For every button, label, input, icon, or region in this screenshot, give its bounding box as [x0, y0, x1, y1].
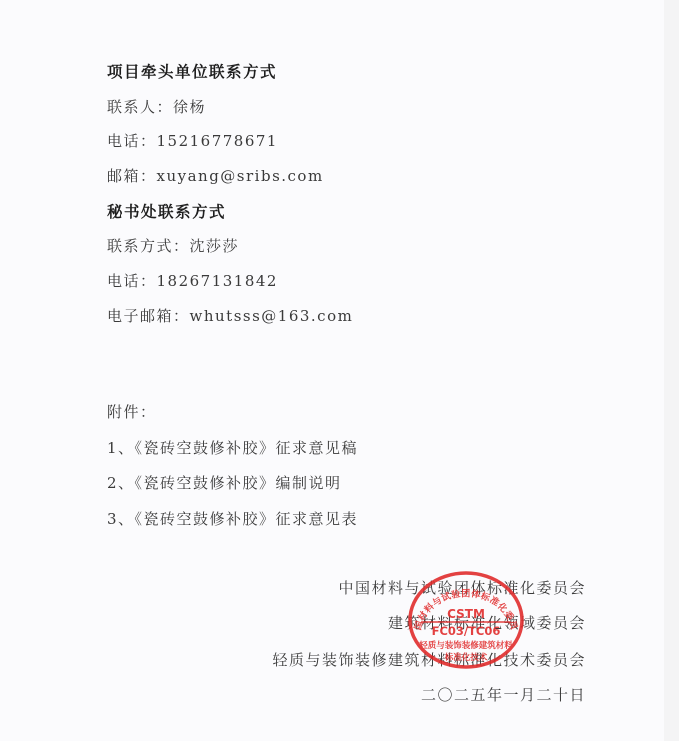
- attachment-item-3: 3、《瓷砖空鼓修补胶》征求意见表: [107, 508, 358, 529]
- attachment-item-2: 2、《瓷砖空鼓修补胶》编制说明: [107, 472, 342, 493]
- lead-unit-phone: 电话：15216778671: [107, 130, 278, 151]
- signature-date: 二〇二五年一月二十日: [421, 684, 586, 705]
- secretariat-email: 电子邮箱：whutsss@163.com: [107, 305, 353, 326]
- lead-unit-contact: 联系人：徐杨: [107, 96, 206, 117]
- stamp-line-2: 标准化技术: [444, 652, 488, 663]
- stamp-code-2: FC03/TC06: [432, 624, 501, 638]
- lead-unit-email: 邮箱：xuyang@sribs.com: [107, 165, 324, 186]
- attachment-item-1: 1、《瓷砖空鼓修补胶》征求意见稿: [107, 437, 358, 458]
- secretariat-contact: 联系方式：沈莎莎: [107, 235, 239, 256]
- official-seal-stamp: 中国材料与试验团体标准化委员会 CSTM FC03/TC06 轻质与装饰装修建筑…: [407, 570, 525, 670]
- stamp-code-1: CSTM: [447, 607, 485, 621]
- stamp-line-1: 轻质与装饰装修建筑材料: [418, 640, 513, 651]
- secretariat-phone: 电话：18267131842: [107, 270, 278, 291]
- lead-unit-heading: 项目牵头单位联系方式: [107, 60, 277, 82]
- secretariat-heading: 秘书处联系方式: [107, 200, 226, 222]
- attachments-label: 附件：: [107, 401, 157, 422]
- document-page: 项目牵头单位联系方式 联系人：徐杨 电话：15216778671 邮箱：xuya…: [0, 0, 664, 741]
